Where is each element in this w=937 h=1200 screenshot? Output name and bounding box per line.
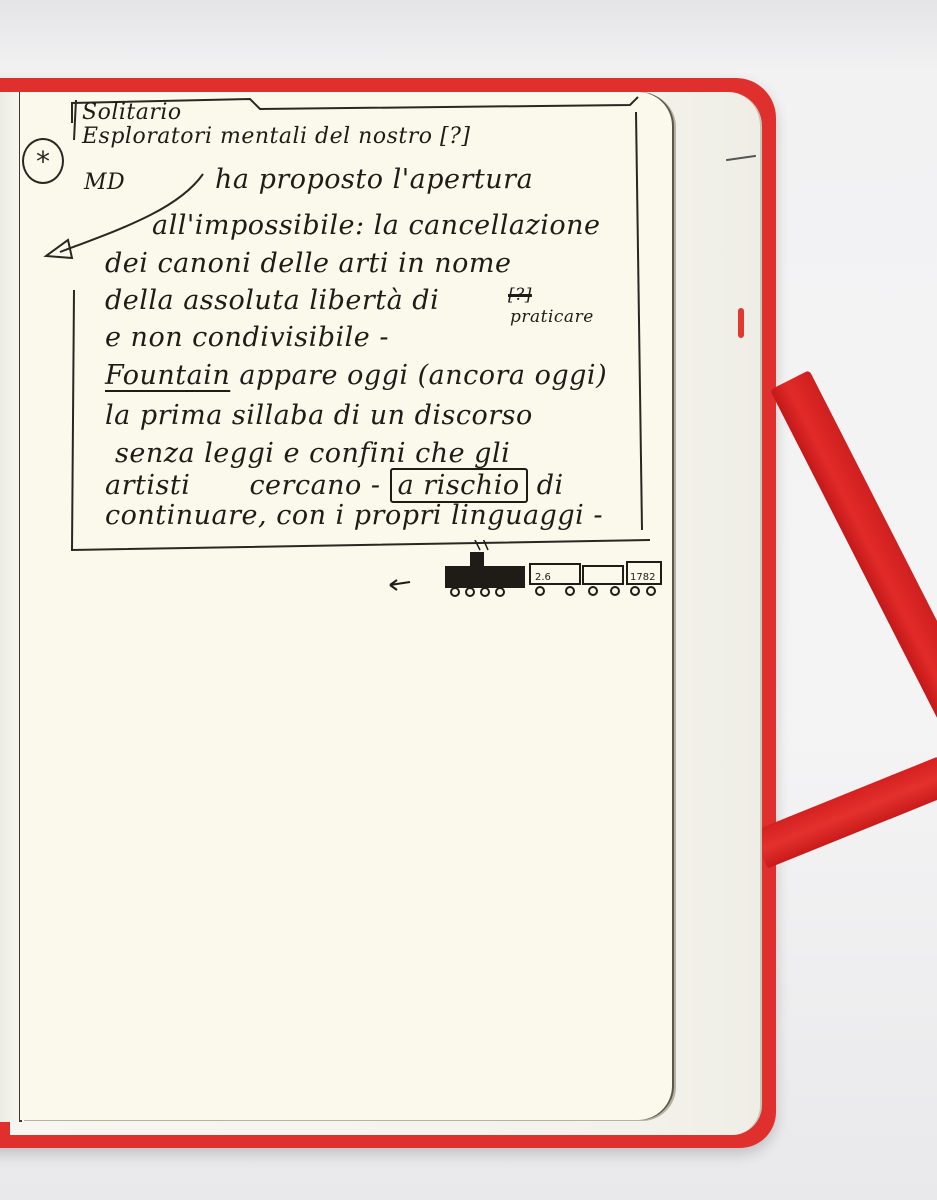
initials: MD xyxy=(84,170,125,195)
note-line-10: artisti cercano - a rischio di xyxy=(105,470,564,501)
note-line-2: ha proposto l'apertura xyxy=(215,164,533,195)
note-line-10-c: di xyxy=(537,470,564,501)
note-line-3: all'impossibile: la cancellazione xyxy=(152,210,601,241)
elastic-band-lower xyxy=(753,757,937,869)
note-line-11-a: continuare, xyxy=(105,500,267,531)
boxed-phrase: a rischio xyxy=(390,468,528,503)
note-line-8: la prima sillaba di un discorso xyxy=(105,400,533,431)
note-line-5: della assoluta libertà di xyxy=(105,285,439,316)
note-line-7-rest: appare oggi (ancora oggi) xyxy=(239,360,607,391)
crossed-out-word: [?] xyxy=(508,285,532,305)
note-line-4: dei canoni delle arti in nome xyxy=(105,248,511,279)
note-line-6: e non condivisibile - xyxy=(105,322,389,353)
wagon-label-1: 2.6 xyxy=(535,572,551,583)
note-line-10-a: artisti xyxy=(105,470,190,501)
red-ink-mark xyxy=(738,308,744,338)
note-line-9: senza leggi e confini che gli xyxy=(115,438,510,469)
note-line-11: continuare, con i propri linguaggi - xyxy=(105,500,603,531)
note-line-11-b: con i propri linguaggi - xyxy=(276,500,603,531)
header-label: Solitario xyxy=(82,100,182,125)
fountain-word: Fountain xyxy=(105,360,230,391)
note-line-7: Fountain appare oggi (ancora oggi) xyxy=(105,360,607,391)
wagon-label-2: 1782 xyxy=(630,572,655,583)
note-line-1: Esploratori mentali del nostro [?] xyxy=(82,124,470,149)
inserted-word: praticare xyxy=(510,307,594,327)
train-sketch-icon: 2.6 1782 xyxy=(385,540,665,600)
note-line-10-b: cercano - xyxy=(249,470,380,501)
left-page-edge xyxy=(0,92,22,1122)
